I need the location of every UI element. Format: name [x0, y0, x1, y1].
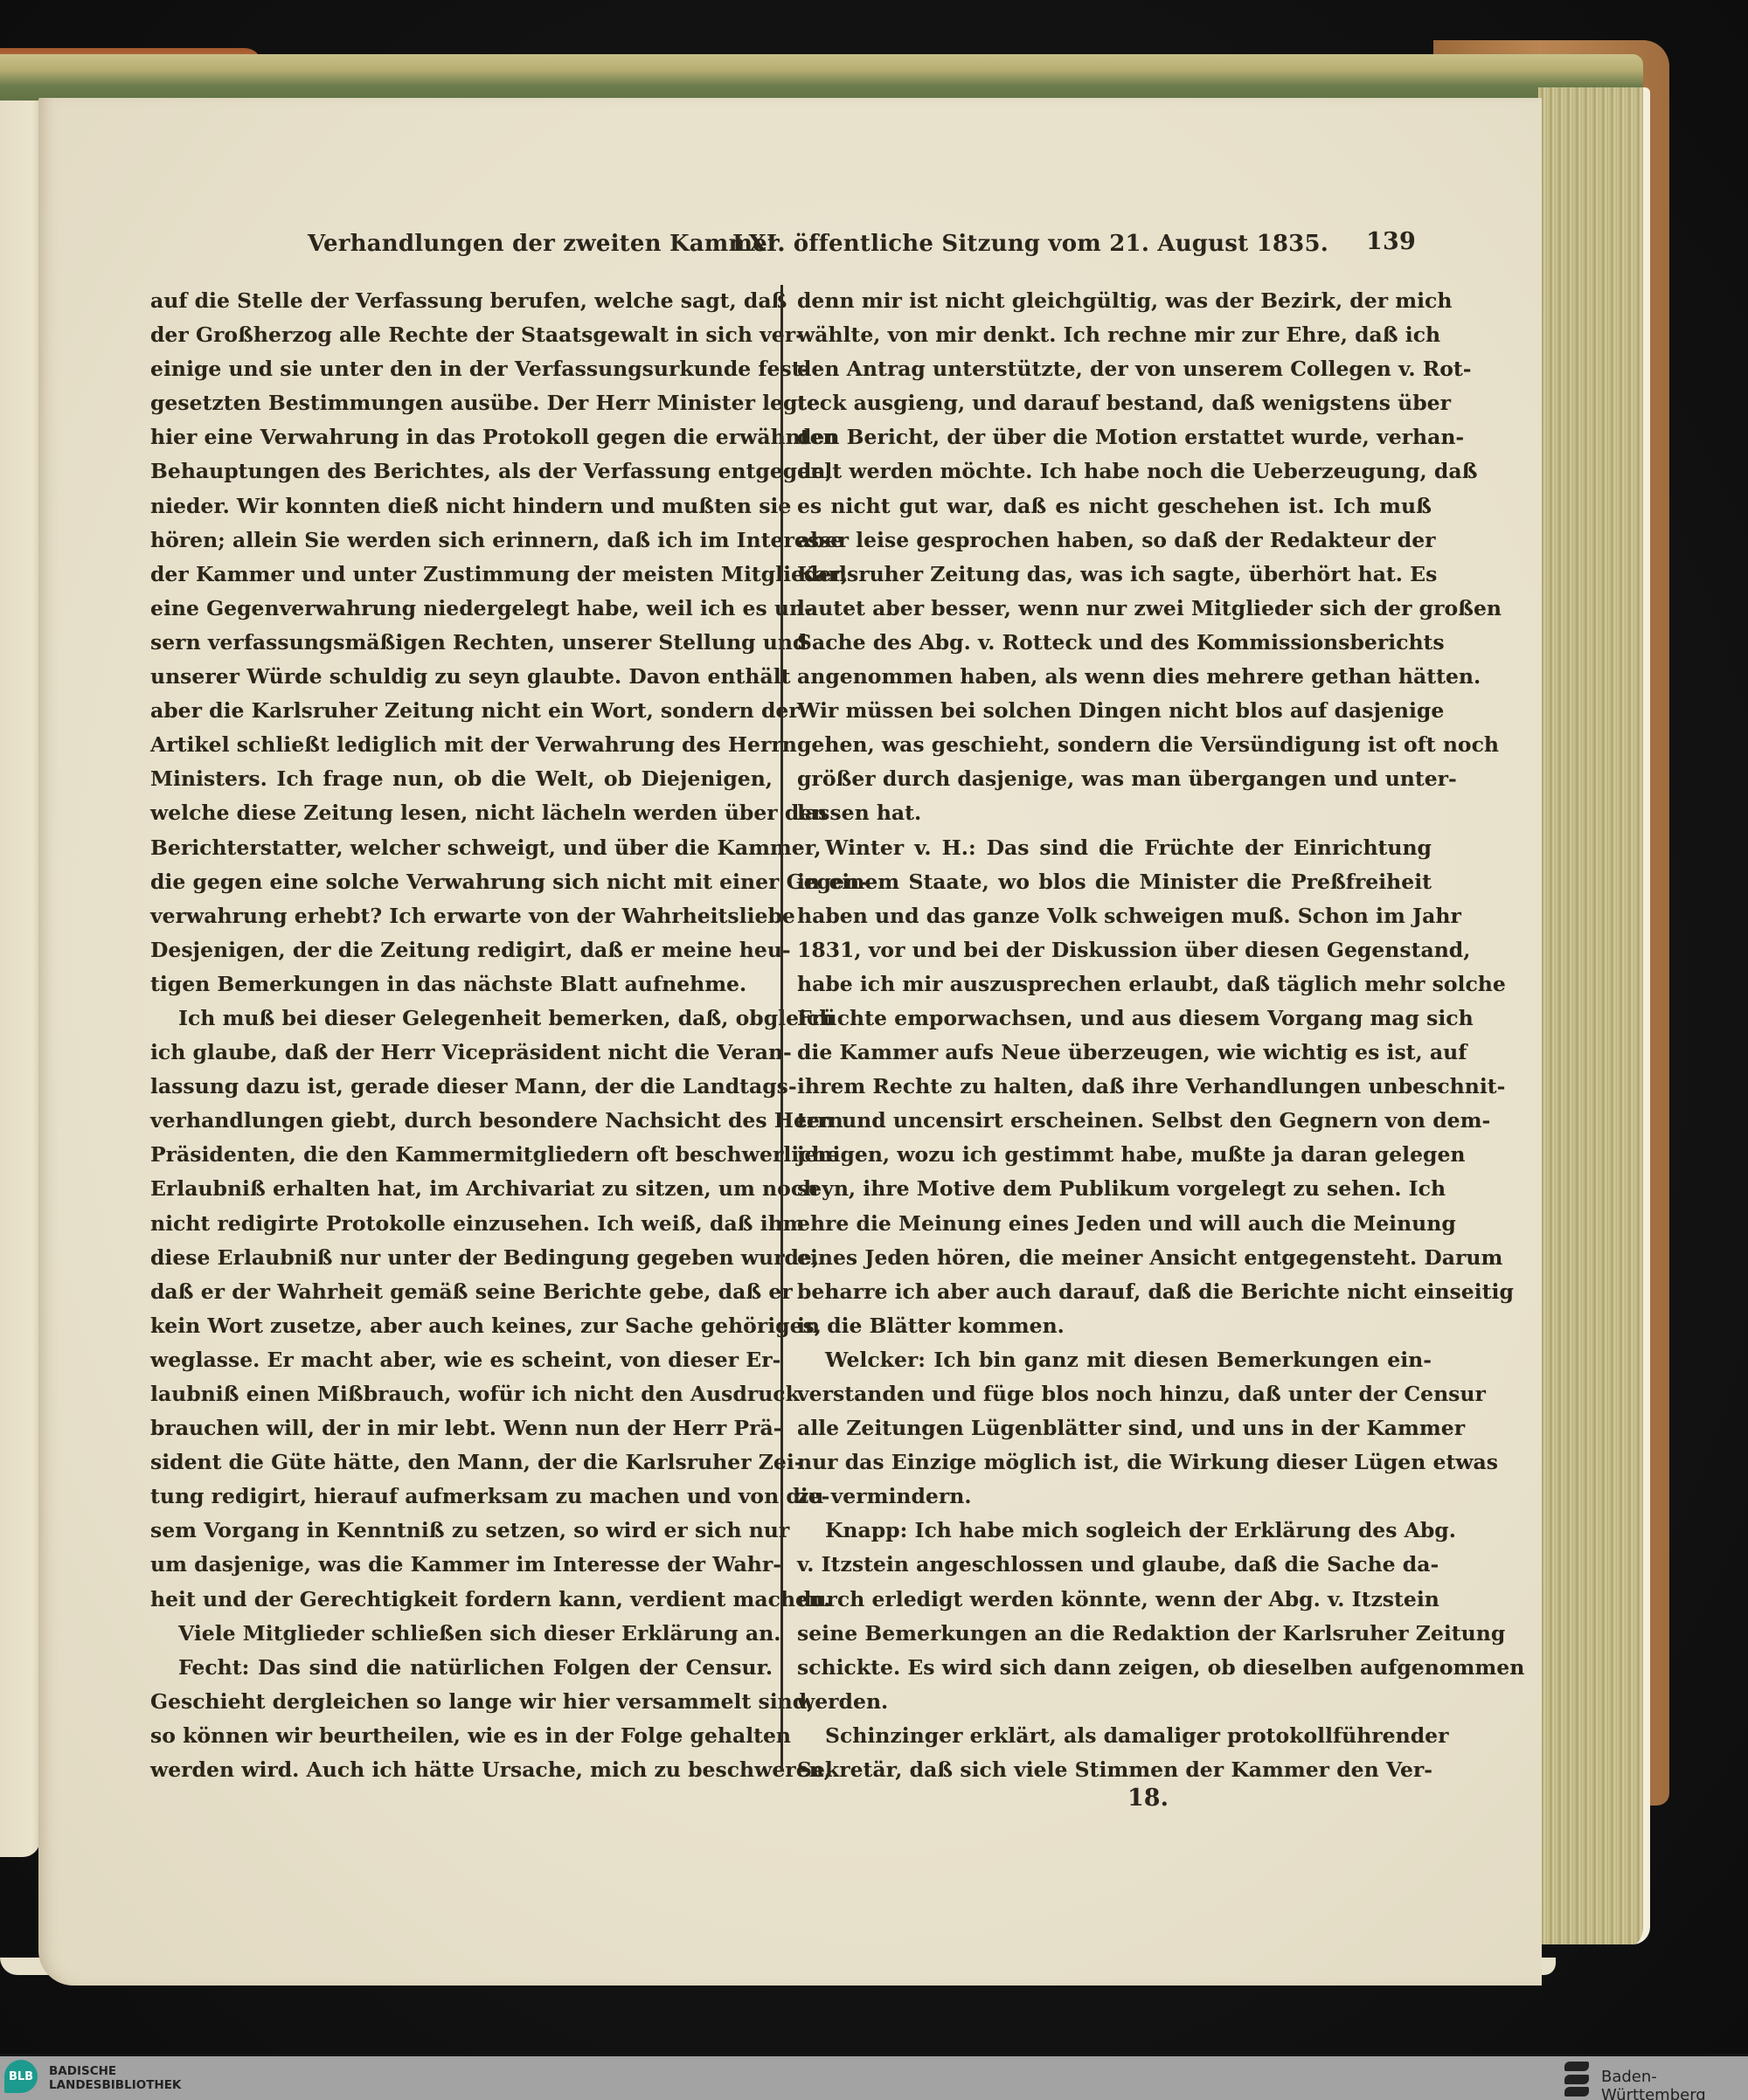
- text-line: es nicht gut war, daß es nicht geschehen…: [797, 489, 1432, 523]
- text-line: Fecht: Das sind die natürlichen Folgen d…: [150, 1651, 773, 1685]
- text-line: Sekretär, daß sich viele Stimmen der Kam…: [797, 1753, 1432, 1787]
- text-line: größer durch dasjenige, was man übergang…: [797, 762, 1432, 796]
- text-line: Winter v. H.: Das sind die Früchte der E…: [797, 831, 1432, 865]
- facing-page-sliver: [0, 100, 40, 1857]
- page-block-right-edge: [1538, 87, 1650, 1944]
- text-line: wählte, von mir denkt. Ich rechne mir zu…: [797, 318, 1432, 352]
- library-name-line1: BADISCHE: [49, 2064, 181, 2078]
- text-line: werden.: [797, 1685, 1432, 1719]
- text-line: haben und das ganze Volk schweigen muß. …: [797, 899, 1432, 933]
- text-line: Welcker: Ich bin ganz mit diesen Bemerku…: [797, 1343, 1432, 1377]
- text-line: sern verfassungsmäßigen Rechten, unserer…: [150, 626, 773, 660]
- text-line: angenommen haben, als wenn dies mehrere …: [797, 660, 1432, 694]
- signature-mark: 18.: [1127, 1785, 1169, 1812]
- text-line: in einem Staate, wo blos die Minister di…: [797, 865, 1432, 899]
- text-line: heit und der Gerechtigkeit fordern kann,…: [150, 1583, 773, 1617]
- text-line: seine Bemerkungen an die Redaktion der K…: [797, 1617, 1432, 1651]
- text-line: sem Vorgang in Kenntniß zu setzen, so wi…: [150, 1514, 773, 1548]
- text-line: Berichterstatter, welcher schweigt, und …: [150, 831, 773, 865]
- text-line: schickte. Es wird sich dann zeigen, ob d…: [797, 1651, 1432, 1685]
- text-line: werden wird. Auch ich hätte Ursache, mic…: [150, 1753, 773, 1787]
- text-line: verhandlungen giebt, durch besondere Nac…: [150, 1104, 773, 1138]
- text-line: gesetzten Bestimmungen ausübe. Der Herr …: [150, 386, 773, 420]
- text-line: einige und sie unter den in der Verfassu…: [150, 352, 773, 386]
- text-line: daß er der Wahrheit gemäß seine Berichte…: [150, 1275, 773, 1309]
- text-line: ten und uncensirt erscheinen. Selbst den…: [797, 1104, 1432, 1138]
- text-line: gehen, was geschieht, sondern die Versün…: [797, 728, 1432, 762]
- library-name[interactable]: BADISCHE LANDESBIBLIOTHEK: [49, 2064, 181, 2092]
- text-column-left: auf die Stelle der Verfassung berufen, w…: [150, 284, 773, 1787]
- text-line: eines Jeden hören, die meiner Ansicht en…: [797, 1241, 1432, 1275]
- text-line: nieder. Wir konnten dieß nicht hindern u…: [150, 489, 773, 523]
- library-name-line2: LANDESBIBLIOTHEK: [49, 2078, 181, 2092]
- text-line: seyn, ihre Motive dem Publikum vorgelegt…: [797, 1172, 1432, 1206]
- text-line: Knapp: Ich habe mich sogleich der Erklär…: [797, 1514, 1432, 1548]
- text-line: Früchte emporwachsen, und aus diesem Vor…: [797, 1001, 1432, 1036]
- text-line: der Kammer und unter Zustimmung der meis…: [150, 558, 773, 592]
- text-line: ehre die Meinung eines Jeden und will au…: [797, 1207, 1432, 1241]
- text-line: tung redigirt, hierauf aufmerksam zu mac…: [150, 1480, 773, 1514]
- text-line: Sache des Abg. v. Rotteck und des Kommis…: [797, 626, 1432, 660]
- text-line: lautet aber besser, wenn nur zwei Mitgli…: [797, 592, 1432, 626]
- blb-logo-icon[interactable]: BLB: [4, 2060, 38, 2093]
- text-line: Ich muß bei dieser Gelegenheit bemerken,…: [150, 1001, 773, 1036]
- text-line: lassen hat.: [797, 796, 1432, 830]
- text-line: kein Wort zusetze, aber auch keines, zur…: [150, 1309, 773, 1343]
- text-line: die gegen eine solche Verwahrung sich ni…: [150, 865, 773, 899]
- running-header-session: LXI. öffentliche Sitzung vom 21. August …: [732, 231, 1328, 257]
- text-line: Karlsruher Zeitung das, was ich sagte, ü…: [797, 558, 1432, 592]
- text-line: Desjenigen, der die Zeitung redigirt, da…: [150, 933, 773, 967]
- running-header-title: Verhandlungen der zweiten Kammer.: [308, 231, 786, 257]
- text-column-right: denn mir ist nicht gleichgültig, was der…: [797, 284, 1432, 1787]
- text-line: alle Zeitungen Lügenblätter sind, und un…: [797, 1411, 1432, 1445]
- text-line: in die Blätter kommen.: [797, 1309, 1432, 1343]
- text-line: der Großherzog alle Rechte der Staatsgew…: [150, 318, 773, 352]
- text-line: Präsidenten, die den Kammermitgliedern o…: [150, 1138, 773, 1172]
- text-line: teck ausgieng, und darauf bestand, daß w…: [797, 386, 1432, 420]
- text-line: laubniß einen Mißbrauch, wofür ich nicht…: [150, 1377, 773, 1411]
- text-line: delt werden möchte. Ich habe noch die Ue…: [797, 454, 1432, 489]
- text-line: den Bericht, der über die Motion erstatt…: [797, 420, 1432, 454]
- text-line: hier eine Verwahrung in das Protokoll ge…: [150, 420, 773, 454]
- text-line: habe ich mir auszusprechen erlaubt, daß …: [797, 967, 1432, 1001]
- text-line: den Antrag unterstützte, der von unserem…: [797, 352, 1432, 386]
- text-line: auf die Stelle der Verfassung berufen, w…: [150, 284, 773, 318]
- running-header: Verhandlungen der zweiten Kammer. LXI. ö…: [308, 231, 1416, 266]
- text-line: sident die Güte hätte, den Mann, der die…: [150, 1445, 773, 1480]
- text-line: zu vermindern.: [797, 1480, 1432, 1514]
- text-line: aber die Karlsruher Zeitung nicht ein Wo…: [150, 694, 773, 728]
- state-name[interactable]: Baden-Württemberg: [1601, 2068, 1748, 2100]
- text-line: Ministers. Ich frage nun, ob die Welt, o…: [150, 762, 773, 796]
- text-line: denn mir ist nicht gleichgültig, was der…: [797, 284, 1432, 318]
- text-line: brauchen will, der in mir lebt. Wenn nun…: [150, 1411, 773, 1445]
- text-line: welche diese Zeitung lesen, nicht lächel…: [150, 796, 773, 830]
- text-line: Schinzinger erklärt, als damaliger proto…: [797, 1719, 1432, 1753]
- text-line: weglasse. Er macht aber, wie es scheint,…: [150, 1343, 773, 1377]
- text-line: die Kammer aufs Neue überzeugen, wie wic…: [797, 1036, 1432, 1070]
- text-line: aber leise gesprochen haben, so daß der …: [797, 523, 1432, 558]
- text-line: durch erledigt werden könnte, wenn der A…: [797, 1583, 1432, 1617]
- column-rule: [780, 285, 783, 1769]
- text-line: 1831, vor und bei der Diskussion über di…: [797, 933, 1432, 967]
- text-line: Geschieht dergleichen so lange wir hier …: [150, 1685, 773, 1719]
- text-line: Behauptungen des Berichtes, als der Verf…: [150, 454, 773, 489]
- lions-crest-icon: [1564, 2062, 1591, 2097]
- text-line: unserer Würde schuldig zu seyn glaubte. …: [150, 660, 773, 694]
- text-line: ihrem Rechte zu halten, daß ihre Verhand…: [797, 1070, 1432, 1104]
- text-line: jenigen, wozu ich gestimmt habe, mußte j…: [797, 1138, 1432, 1172]
- text-line: diese Erlaubniß nur unter der Bedingung …: [150, 1241, 773, 1275]
- text-line: ich glaube, daß der Herr Vicepräsident n…: [150, 1036, 773, 1070]
- text-line: verstanden und füge blos noch hinzu, daß…: [797, 1377, 1432, 1411]
- footer-bar: BLB BADISCHE LANDESBIBLIOTHEK Baden-Würt…: [0, 2056, 1748, 2100]
- text-line: Viele Mitglieder schließen sich dieser E…: [150, 1617, 773, 1651]
- text-line: Artikel schließt lediglich mit der Verwa…: [150, 728, 773, 762]
- text-line: verwahrung erhebt? Ich erwarte von der W…: [150, 899, 773, 933]
- text-line: so können wir beurtheilen, wie es in der…: [150, 1719, 773, 1753]
- text-line: nicht redigirte Protokolle einzusehen. I…: [150, 1207, 773, 1241]
- text-line: hören; allein Sie werden sich erinnern, …: [150, 523, 773, 558]
- text-line: Erlaubniß erhalten hat, im Archivariat z…: [150, 1172, 773, 1206]
- text-line: Wir müssen bei solchen Dingen nicht blos…: [797, 694, 1432, 728]
- text-line: beharre ich aber auch darauf, daß die Be…: [797, 1275, 1432, 1309]
- page-number: 139: [1366, 228, 1416, 255]
- text-line: eine Gegenverwahrung niedergelegt habe, …: [150, 592, 773, 626]
- text-line: um dasjenige, was die Kammer im Interess…: [150, 1548, 773, 1582]
- text-line: nur das Einzige möglich ist, die Wirkung…: [797, 1445, 1432, 1480]
- text-line: tigen Bemerkungen in das nächste Blatt a…: [150, 967, 773, 1001]
- text-line: lassung dazu ist, gerade dieser Mann, de…: [150, 1070, 773, 1104]
- text-line: v. Itzstein angeschlossen und glaube, da…: [797, 1548, 1432, 1582]
